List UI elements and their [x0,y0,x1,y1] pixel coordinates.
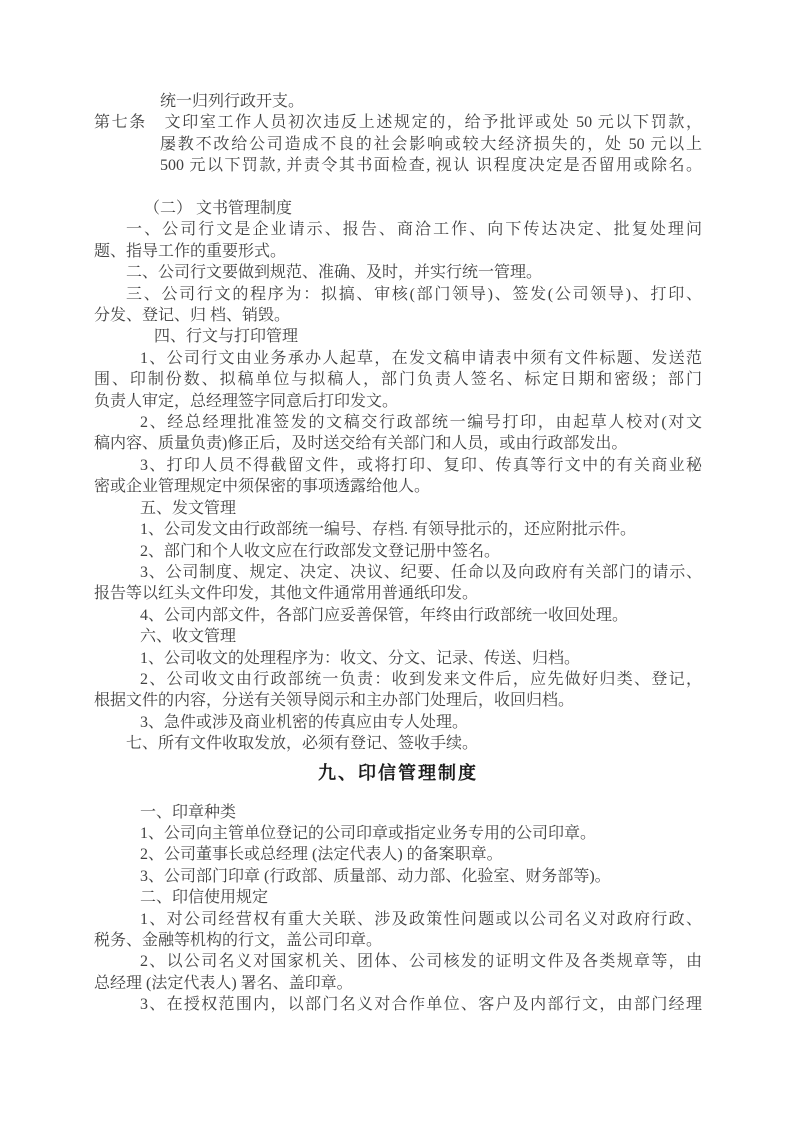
doc-line: 1、公司发文由行政部统一编号、存档. 有领导批示的，还应附批示件。 [94,519,702,540]
doc-line: 1、对公司经营权有重大关联、涉及政策性问题或以公司名义对政府行政、 [94,909,702,930]
doc-line: 1、公司行文由业务承办人起草，在发文稿申请表中须有文件标题、发送范 [94,348,702,369]
doc-line: 屡教不改给公司造成不良的社会影响或较大经济损失的，处 50 元以上 [94,134,702,155]
doc-line: 税务、金融等机构的行文，盖公司印章。 [94,930,702,951]
doc-line: 一、印章种类 [94,802,702,823]
doc-line: 二、公司行文要做到规范、准确、及时，并实行统一管理。 [94,262,702,283]
doc-line: 3、公司部门印章 (行政部、质量部、动力部、化验室、财务部等)。 [94,866,702,887]
doc-line: 稿内容、质量负责)修正后，及时送交给有关部门和人员，或由行政部发出。 [94,433,702,454]
doc-line: 报告等以红头文件印发，其他文件通常用普通纸印发。 [94,583,702,604]
doc-line: 根据文件的内容，分送有关领导阅示和主办部门处理后，收回归档。 [94,690,702,711]
doc-line: 统一归列行政开支。 [94,91,702,112]
doc-line: 3、在授权范围内，以部门名义对合作单位、客户及内部行文，由部门经理 [94,994,702,1015]
doc-line: 七、所有文件收取发放，必须有登记、签收手续。 [94,733,702,754]
document-body: 统一归列行政开支。第七条 文印室工作人员初次违反上述规定的，给予批评或处 50 … [94,91,702,1016]
doc-line: （二） 文书管理制度 [94,198,702,219]
doc-line: 题、指导工作的重要形式。 [94,241,702,262]
doc-line: 2、公司收文由行政部统一负责：收到发来文件后，应先做好归类、登记， [94,669,702,690]
doc-line: 五、发文管理 [94,498,702,519]
doc-line: 负责人审定，总经理签字同意后打印发文。 [94,391,702,412]
doc-line: 2、以公司名义对国家机关、团体、公司核发的证明文件及各类规章等，由 [94,951,702,972]
doc-line: 2、经总经理批准签发的文稿交行政部统一编号打印，由起草人校对(对文 [94,412,702,433]
doc-line: 3、公司制度、规定、决定、决议、纪要、任命以及向政府有关部门的请示、 [94,562,702,583]
doc-line: 第七条 文印室工作人员初次违反上述规定的，给予批评或处 50 元以下罚款， [94,112,702,133]
doc-line: 密或企业管理规定中须保密的事项透露给他人。 [94,476,702,497]
section-heading: 九、印信管理制度 [94,761,702,787]
doc-line: 4、公司内部文件，各部门应妥善保管，年终由行政部统一收回处理。 [94,605,702,626]
document-page: 统一归列行政开支。第七条 文印室工作人员初次违反上述规定的，给予批评或处 50 … [0,0,793,1122]
doc-line: 500 元以下罚款, 并责令其书面检查, 视认 识程度决定是否留用或除名。 [94,155,702,176]
doc-line: 3、打印人员不得截留文件，或将打印、复印、传真等行文中的有关商业秘 [94,455,702,476]
doc-line: 2、公司董事长或总经理 (法定代表人) 的备案职章。 [94,844,702,865]
doc-line: 三、公司行文的程序为：拟搞、审核(部门领导)、签发(公司领导)、打印、 [94,284,702,305]
blank-line [94,177,702,198]
doc-line: 围、印制份数、拟稿单位与拟稿人，部门负责人签名、标定日期和密级；部门 [94,369,702,390]
doc-line: 1、公司收文的处理程序为：收文、分文、记录、传送、归档。 [94,648,702,669]
doc-line: 3、急件或涉及商业机密的传真应由专人处理。 [94,712,702,733]
doc-line: 1、公司向主管单位登记的公司印章或指定业务专用的公司印章。 [94,823,702,844]
doc-line: 一、公司行文是企业请示、报告、商洽工作、向下传达决定、批复处理问 [94,219,702,240]
doc-line: 总经理 (法定代表人) 署名、盖印章。 [94,973,702,994]
doc-line: 分发、登记、归 档、销毁。 [94,305,702,326]
doc-line: 六、收文管理 [94,626,702,647]
doc-line: 四、行文与打印管理 [94,326,702,347]
doc-line: 2、部门和个人收文应在行政部发文登记册中签名。 [94,541,702,562]
doc-line: 二、印信使用规定 [94,887,702,908]
